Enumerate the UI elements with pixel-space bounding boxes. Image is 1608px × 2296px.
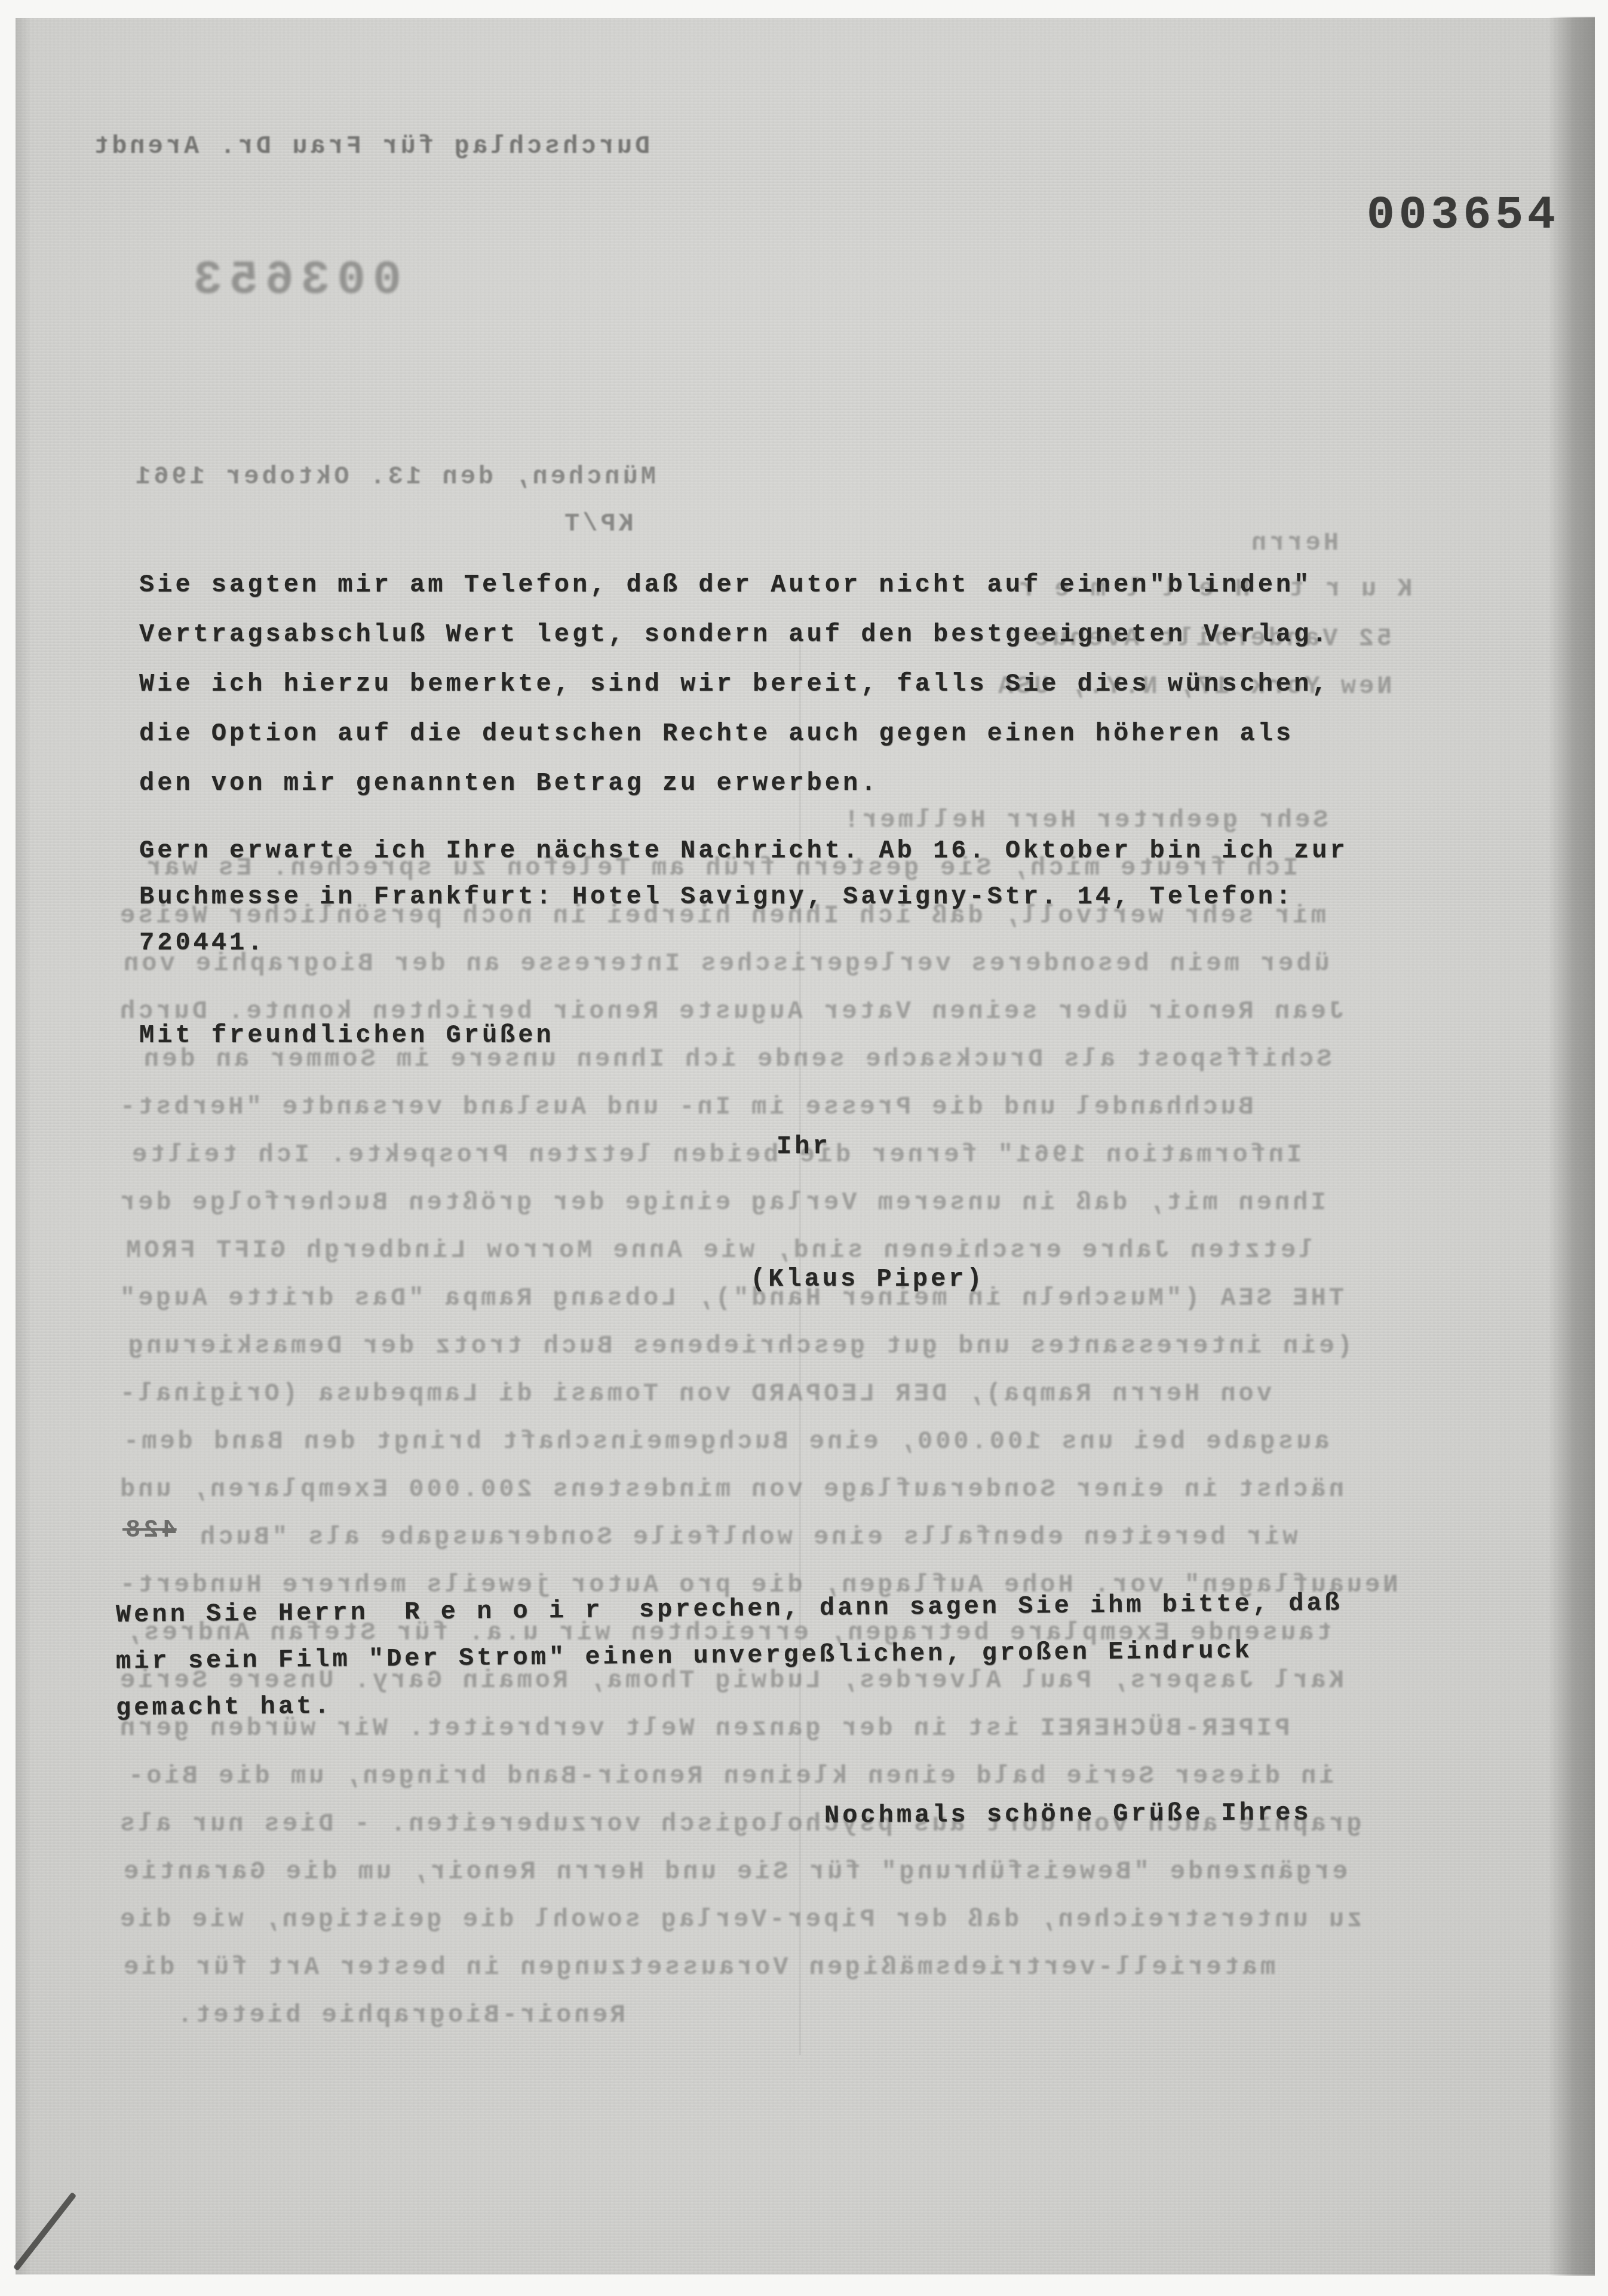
bleed-struck-fragment: 428 <box>122 1518 177 1543</box>
bleed-body-line: Ihnen mit, daß in unserem Verlag einige … <box>117 1190 1326 1215</box>
signature-name: (Klaus Piper) <box>750 1267 985 1292</box>
photo-scan: Durchschlag für Frau Dr. Arendt 003653 M… <box>0 0 1608 2296</box>
bleed-body-line: Jean Renoir über seinen Vater Auguste Re… <box>117 999 1344 1024</box>
typed-line: Sie sagten mir am Telefon, daß der Autor… <box>139 572 1312 597</box>
bleed-body-line: ergänzende "Beweisführung" für Sie und H… <box>121 1859 1348 1884</box>
typed-line: Buchmesse in Frankfurt: Hotel Savigny, S… <box>139 884 1294 909</box>
typed-line: die Option auf die deutschen Rechte auch… <box>139 721 1294 746</box>
typed-line: Vertragsabschluß Wert legt, sondern auf … <box>139 622 1330 647</box>
bleed-body-line: Buchhandel und die Presse im In- und Aus… <box>117 1095 1254 1120</box>
bleed-body-line: THE SEA ("Muscheln in meiner Hand"), Lob… <box>117 1286 1344 1311</box>
stamp-number: 003654 <box>1367 192 1560 239</box>
typed-line: 720441. <box>139 930 265 955</box>
typed-line: den von mir genannten Betrag zu erwerben… <box>139 771 879 796</box>
bleed-body-line: Information 1961" ferner die beiden letz… <box>129 1142 1302 1167</box>
closing-line: Mit freundlichen Grüßen <box>139 1023 554 1048</box>
bleed-typist-initials: KP/T <box>561 511 634 537</box>
signature-pronoun: Ihr <box>777 1134 831 1159</box>
page-right-edge-shadow <box>1548 17 1595 2276</box>
bleed-body-line: zu unterstreichen, daß der Piper-Verlag … <box>117 1907 1362 1932</box>
bleed-body-line: Schiffspost als Drucksache sende ich Ihn… <box>141 1047 1331 1072</box>
bleed-body-line: (ein interessantes und gut geschriebenes… <box>125 1334 1352 1359</box>
bleed-body-line: in dieser Serie bald einen kleinen Renoi… <box>125 1764 1334 1789</box>
bleed-body-line: materiell-vertriebsmäßigen Voraussetzung… <box>121 1955 1275 1980</box>
bleed-body-line: Sehr geehrter Herr Hellmer! <box>841 808 1328 833</box>
bleed-carbon-note: Durchschlag für Frau Dr. Arendt <box>91 134 650 159</box>
bleed-body-line: wir bereiten ebenfalls eine wohlfeile So… <box>197 1525 1297 1550</box>
bleed-body-line: ausgabe bei uns 100.000, eine Buchgemein… <box>121 1429 1330 1454</box>
bleed-body-line: über mein besonderes verlegerisches Inte… <box>121 951 1330 976</box>
bleed-body-line: nächst in einer Sonderauflage von mindes… <box>117 1477 1344 1502</box>
bleed-body-line: Renoir-Biographie bietet. <box>174 2003 625 2028</box>
bleed-body-line: letzten Jahre erschienen sind, wie Anne … <box>123 1238 1314 1263</box>
bleed-dateline: München, den 13. Oktober 1961 <box>133 464 656 489</box>
typed-line: gemacht hat. <box>116 1694 333 1721</box>
bleed-address-line: Herrn <box>1248 531 1339 556</box>
typed-line: Wie ich hierzu bemerkte, sind wir bereit… <box>139 672 1330 697</box>
bleed-body-line: von Herrn Rampa), DER LEOPARD von Tomasi… <box>117 1381 1272 1406</box>
page-left-edge-shadow <box>16 18 31 2274</box>
typed-line: Gern erwarte ich Ihre nächste Nachricht.… <box>139 838 1348 863</box>
postscript-closing: Nochmals schöne Grüße Ihres <box>824 1800 1312 1828</box>
bleed-stamp-number: 003653 <box>186 257 401 305</box>
